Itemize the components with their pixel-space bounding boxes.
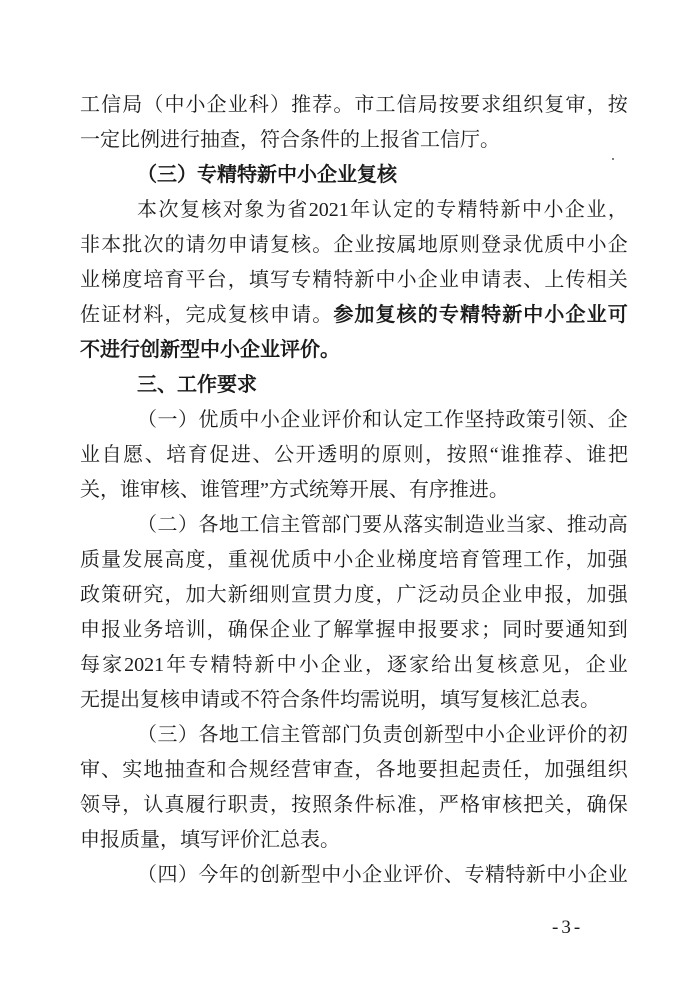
text-segment: 料: [143, 298, 163, 333]
text-segment: 创: [260, 858, 280, 893]
text-segment: 初: [608, 718, 628, 753]
text-segment: 照: [312, 788, 332, 823]
text-segment: 请: [186, 228, 206, 263]
text-segment: 信: [260, 508, 280, 543]
text-segment: 地: [397, 753, 417, 788]
text-segment: 新: [424, 718, 444, 753]
text-segment: 表: [502, 263, 522, 298]
text-segment: 策: [101, 578, 121, 613]
text-segment: 专: [291, 263, 311, 298]
body-line: （二）各地工信主管部门要从落实制造业当家、推动高: [80, 508, 628, 543]
text-segment: 报: [544, 578, 564, 613]
body-line: 申报业务培训，确保企业了解掌握申报要求；同时要通知到: [80, 613, 628, 648]
text-segment: 培: [164, 613, 184, 648]
text-segment: 中: [321, 858, 341, 893]
text-segment: 业: [122, 613, 142, 648]
body-line: 质量发展高度，重视优质中小企业梯度培育管理工作，加强: [80, 543, 628, 578]
text-segment: 中: [277, 648, 297, 683]
bold-text-segment: 特: [481, 298, 501, 333]
text-segment: 中: [239, 403, 259, 438]
text-segment: 求: [460, 613, 480, 648]
text-segment: 工: [239, 508, 259, 543]
text-segment: 加: [186, 578, 206, 613]
text-segment: 、: [523, 263, 543, 298]
text-segment: 履: [186, 788, 206, 823]
text-segment: 领: [567, 403, 587, 438]
text-segment: 落: [403, 508, 423, 543]
body-line: 领导，认真履行职责，按照条件标准，严格审核把关，确保: [80, 788, 628, 823]
text-segment: 明: [339, 438, 359, 473]
text-segment: 实: [122, 753, 142, 788]
text-segment: 企: [333, 228, 353, 263]
text-segment: ，: [587, 88, 607, 123]
text-segment: 家: [409, 648, 429, 683]
text-segment: 。: [333, 88, 353, 123]
text-segment: 型: [444, 718, 464, 753]
text-segment: 准: [397, 788, 417, 823]
text-segment: ）: [178, 508, 198, 543]
text-segment: 上: [544, 263, 564, 298]
text-segment: 业: [608, 648, 628, 683]
bold-text-segment: 精: [460, 298, 480, 333]
text-segment: 业: [608, 858, 628, 893]
text-segment: 次: [143, 228, 163, 263]
text-segment: 中: [312, 543, 332, 578]
text-segment: 工: [424, 403, 444, 438]
text-segment: 特: [232, 648, 252, 683]
text-segment: 推: [522, 438, 542, 473]
text-segment: 坚: [465, 403, 485, 438]
text-segment: 评: [321, 403, 341, 438]
text-segment: 荐: [543, 438, 563, 473]
text-segment: ，: [566, 578, 586, 613]
text-segment: 中: [522, 193, 542, 228]
text-segment: 政: [505, 403, 525, 438]
text-segment: 要: [544, 613, 564, 648]
text-segment: 勿: [207, 228, 227, 263]
text-segment: 核: [249, 298, 269, 333]
text-segment: 业: [586, 193, 606, 228]
text-segment: 的: [239, 858, 259, 893]
text-segment: 原: [439, 228, 459, 263]
text-segment: 企: [481, 578, 501, 613]
text-segment: 开: [296, 438, 316, 473]
text-segment: ，: [270, 788, 290, 823]
text-segment: 要: [362, 508, 382, 543]
text-segment: 合: [228, 753, 248, 788]
text-segment: （: [137, 403, 157, 438]
text-segment: 型: [301, 858, 321, 893]
text-segment: （: [137, 858, 157, 893]
text-segment: 通: [566, 613, 586, 648]
text-segment: 和: [207, 753, 227, 788]
text-segment: 动: [587, 508, 607, 543]
text-segment: 特: [505, 858, 525, 893]
text-segment: 培: [143, 263, 163, 298]
text-segment: 谁: [586, 438, 606, 473]
text-segment: 负: [362, 718, 382, 753]
scan-speck: [592, 809, 595, 812]
text-segment: 大: [207, 578, 227, 613]
text-segment: 细: [249, 578, 269, 613]
text-segment: 工: [239, 718, 259, 753]
text-segment: 知: [587, 613, 607, 648]
text-segment: 加: [544, 753, 564, 788]
text-segment: 复: [228, 298, 248, 333]
text-segment: 透: [317, 438, 337, 473]
text-segment: 究: [143, 578, 163, 613]
text-segment: ，: [122, 788, 142, 823]
text-segment: 中: [376, 263, 396, 298]
body-line: 申报质量，填写评价汇总表。: [80, 823, 628, 858]
text-segment: 按: [291, 788, 311, 823]
text-segment: 强: [608, 578, 628, 613]
text-segment: 高: [164, 543, 184, 578]
text-segment: 按: [608, 88, 628, 123]
text-segment: 逐: [387, 648, 407, 683]
text-segment: 本: [137, 193, 157, 228]
text-segment: 质: [80, 543, 100, 578]
text-segment: 证: [101, 298, 121, 333]
text-segment: 按: [439, 88, 459, 123]
text-segment: ）: [178, 718, 198, 753]
text-segment: 自: [102, 438, 122, 473]
text-segment: 地: [143, 753, 163, 788]
text-segment: 复: [180, 193, 200, 228]
text-segment: 小: [342, 858, 362, 893]
text-segment: 非: [80, 228, 100, 263]
text-segment: 同: [502, 613, 522, 648]
text-segment: 育: [188, 438, 208, 473]
text-segment: 促: [209, 438, 229, 473]
text-segment: 定: [393, 193, 413, 228]
text-segment: 引: [546, 403, 566, 438]
text-segment: 则: [270, 578, 290, 613]
text-segment: 台: [207, 263, 227, 298]
text-segment: 次: [158, 193, 178, 228]
text-segment: 复: [544, 88, 564, 123]
text-segment: 业: [485, 508, 505, 543]
text-segment: 力: [333, 578, 353, 613]
text-segment: 组: [502, 88, 522, 123]
text-segment: 二: [157, 508, 177, 543]
text-segment: ，: [164, 578, 184, 613]
bold-text-segment: 复: [376, 298, 396, 333]
text-segment: 谁: [500, 438, 520, 473]
text-segment: 业: [354, 228, 374, 263]
text-segment: 标: [376, 788, 396, 823]
text-segment: 中: [465, 718, 485, 753]
text-segment: 2021: [309, 193, 349, 228]
body-line: 审、实地抽查和合规经营审查，各地要担起责任，加强组织: [80, 753, 628, 788]
text-segment: 年: [166, 648, 186, 683]
text-segment: 四: [157, 858, 177, 893]
text-segment: 年: [219, 858, 239, 893]
text-segment: （: [137, 718, 157, 753]
text-segment: 作: [544, 543, 564, 578]
text-segment: 创: [403, 718, 423, 753]
body-line: （一）优质中小企业评价和认定工作坚持政策引领、企: [80, 403, 628, 438]
text-segment: 职: [228, 788, 248, 823]
text-segment: 实: [424, 508, 444, 543]
text-segment: 工: [376, 88, 396, 123]
bold-text-segment: 加: [354, 298, 374, 333]
text-segment: 主: [280, 718, 300, 753]
text-segment: 泛: [418, 578, 438, 613]
text-segment: 领: [80, 788, 100, 823]
text-segment: 各: [198, 508, 218, 543]
text-segment: 各: [376, 753, 396, 788]
text-segment: 业: [343, 648, 363, 683]
bold-text-segment: 业: [587, 298, 607, 333]
text-segment: 企: [418, 263, 438, 298]
text-segment: 查: [186, 753, 206, 788]
text-segment: 育: [164, 263, 184, 298]
text-segment: 梯: [397, 543, 417, 578]
text-segment: 精: [485, 858, 505, 893]
text-segment: 门: [342, 508, 362, 543]
text-segment: 价: [567, 718, 587, 753]
text-segment: 广: [397, 578, 417, 613]
text-segment: 审: [481, 788, 501, 823]
text-segment: 写: [270, 263, 290, 298]
text-segment: 经: [270, 753, 290, 788]
body-line: 业梯度培育平台，填写专精特新中小企业申请表、上传相关: [80, 263, 628, 298]
text-segment: 时: [523, 613, 543, 648]
text-segment: 定: [403, 403, 423, 438]
text-segment: 录: [502, 228, 522, 263]
text-segment: 意: [519, 648, 539, 683]
bold-text-segment: 三、工作要求: [137, 374, 257, 396]
text-segment: 强: [608, 543, 628, 578]
text-segment: 责: [481, 753, 501, 788]
text-segment: 造: [465, 508, 485, 543]
text-segment: 复: [475, 648, 495, 683]
text-segment: 训: [186, 613, 206, 648]
text-segment: 业: [228, 88, 248, 123]
text-segment: 企: [587, 858, 607, 893]
text-segment: 策: [526, 403, 546, 438]
text-segment: 核: [291, 228, 311, 263]
text-segment: 推: [567, 508, 587, 543]
text-segment: ，: [207, 543, 227, 578]
text-segment: 佐: [80, 298, 100, 333]
text-segment: 业: [526, 718, 546, 753]
text-segment: 工: [80, 88, 100, 123]
text-segment: 贯: [312, 578, 332, 613]
page-number: -3-: [552, 917, 583, 939]
text-segment: 小: [397, 263, 417, 298]
text-segment: 的: [360, 438, 380, 473]
text-segment: 发: [122, 543, 142, 578]
text-segment: 确: [228, 613, 248, 648]
document-page: 工信局（中小企业科）推荐。市工信局按要求组织复审，按一定比例进行抽查，符合条件的…: [0, 0, 700, 988]
text-segment: 量: [101, 543, 121, 578]
text-segment: “: [490, 438, 499, 473]
text-segment: ）: [270, 88, 290, 123]
text-segment: 、: [101, 753, 121, 788]
text-segment: ；: [481, 613, 501, 648]
text-segment: 进: [231, 438, 251, 473]
text-segment: 填: [249, 263, 269, 298]
text-segment: 展: [143, 543, 163, 578]
text-segment: 新: [228, 578, 248, 613]
text-segment: 对: [223, 193, 243, 228]
text-segment: 、: [587, 403, 607, 438]
text-segment: 见: [542, 648, 562, 683]
text-segment: 。: [312, 298, 332, 333]
text-segment: 特: [479, 193, 499, 228]
text-segment: 的: [587, 718, 607, 753]
text-segment: 企: [608, 403, 628, 438]
text-segment: 2021: [124, 648, 164, 683]
text-segment: 企: [270, 613, 290, 648]
text-segment: 要: [439, 613, 459, 648]
text-segment: 查: [333, 753, 353, 788]
text-segment: 掌: [354, 613, 374, 648]
text-segment: 、: [546, 508, 566, 543]
text-segment: 任: [502, 753, 522, 788]
bold-text-segment: 中: [523, 298, 543, 333]
text-segment: 把: [523, 788, 543, 823]
text-segment: 要: [460, 88, 480, 123]
text-segment: 小: [333, 543, 353, 578]
text-segment: 优: [523, 228, 543, 263]
text-segment: 要: [418, 753, 438, 788]
text-segment: 握: [376, 613, 396, 648]
text-segment: 市: [354, 88, 374, 123]
text-segment: 度: [122, 263, 142, 298]
text-segment: 、: [565, 438, 585, 473]
text-segment: ，: [228, 263, 248, 298]
text-segment: 关: [544, 788, 564, 823]
text-segment: 本: [101, 228, 121, 263]
text-segment: 局: [122, 88, 142, 123]
text-segment: 解: [333, 613, 353, 648]
text-segment: 价: [424, 858, 444, 893]
text-segment: ，: [376, 578, 396, 613]
text-segment: ）: [178, 858, 198, 893]
text-segment: 企: [354, 543, 374, 578]
text-segment: 传: [566, 263, 586, 298]
body-line: （三）各地工信主管部门负责创新型中小企业评价的初: [80, 718, 628, 753]
text-segment: ，: [566, 788, 586, 823]
text-segment: 精: [210, 648, 230, 683]
text-segment: 申: [460, 263, 480, 298]
text-segment: 度: [418, 543, 438, 578]
text-segment: 政: [80, 578, 100, 613]
text-segment: 请: [249, 228, 269, 263]
text-segment: 给: [431, 648, 451, 683]
text-segment: （: [143, 88, 163, 123]
text-segment: 省: [287, 193, 307, 228]
text-segment: 业: [439, 263, 459, 298]
text-segment: 申: [80, 613, 100, 648]
bold-text-segment: 新: [502, 298, 522, 333]
text-segment: 格: [460, 788, 480, 823]
text-segment: 部: [321, 508, 341, 543]
text-segment: 小: [186, 88, 206, 123]
text-segment: 保: [608, 788, 628, 823]
text-segment: 评: [546, 718, 566, 753]
text-segment: 推: [291, 88, 311, 123]
text-segment: 成: [207, 298, 227, 333]
text-segment: 平: [186, 263, 206, 298]
text-segment: 件: [354, 788, 374, 823]
text-segment: 申报质量，填写评价汇总表。: [80, 829, 340, 851]
text-segment: 企: [505, 718, 525, 753]
text-segment: 企: [565, 193, 585, 228]
body-line: 佐证材料，完成复核申请。参加复核的专精特新中小企业可: [80, 298, 628, 333]
text-segment: ）: [178, 403, 198, 438]
text-segment: 复: [270, 228, 290, 263]
text-segment: 质: [544, 228, 564, 263]
text-segment: 新: [255, 648, 275, 683]
text-segment: 起: [460, 753, 480, 788]
text-segment: 核: [201, 193, 221, 228]
text-segment: ，: [564, 648, 584, 683]
text-segment: 小: [299, 648, 319, 683]
text-segment: 报: [418, 613, 438, 648]
text-segment: ，: [164, 298, 184, 333]
text-segment: 规: [249, 753, 269, 788]
text-segment: 无提出复核申请或不符合条件均需说明，填写复核汇总表。: [80, 689, 600, 711]
text-segment: 认: [372, 193, 392, 228]
text-segment: 理: [502, 543, 522, 578]
text-segment: 家: [526, 508, 546, 543]
text-segment: 小: [567, 858, 587, 893]
text-segment: 务: [143, 613, 163, 648]
text-segment: 业: [301, 403, 321, 438]
text-segment: 报: [101, 613, 121, 648]
text-segment: 中: [164, 88, 184, 123]
text-segment: 的: [164, 228, 184, 263]
text-segment: 业: [502, 578, 522, 613]
text-segment: 企: [586, 648, 606, 683]
text-segment: 精: [458, 193, 478, 228]
bold-text-segment: 不进行创新型中小企业评价。: [80, 339, 340, 361]
text-segment: 管: [301, 508, 321, 543]
text-segment: 科: [249, 88, 269, 123]
text-segment: 地: [418, 228, 438, 263]
text-segment: 家: [102, 648, 122, 683]
text-segment: 度: [186, 543, 206, 578]
text-segment: 认: [383, 403, 403, 438]
text-segment: 特: [333, 263, 353, 298]
text-segment: 。: [312, 228, 332, 263]
text-segment: 地: [219, 508, 239, 543]
text-segment: 企: [321, 648, 341, 683]
text-segment: 管: [481, 543, 501, 578]
text-segment: 审: [80, 753, 100, 788]
document-body: 工信局（中小企业科）推荐。市工信局按要求组织复审，按一定比例进行抽查，符合条件的…: [80, 88, 628, 893]
text-segment: 作: [444, 403, 464, 438]
text-segment: 照: [468, 438, 488, 473]
text-segment: 核: [502, 788, 522, 823]
text-segment: 公: [274, 438, 294, 473]
text-segment: 管: [301, 718, 321, 753]
text-segment: 则: [460, 228, 480, 263]
text-segment: 优: [270, 543, 290, 578]
text-segment: 担: [439, 753, 459, 788]
text-segment: ，: [418, 788, 438, 823]
text-segment: 严: [439, 788, 459, 823]
text-segment: 中: [546, 858, 566, 893]
text-segment: 中: [566, 228, 586, 263]
body-line: 政策研究，加大新细则宣贯力度，广泛动员企业申报，加强: [80, 578, 628, 613]
text-segment: 组: [587, 753, 607, 788]
text-segment: ，: [523, 753, 543, 788]
